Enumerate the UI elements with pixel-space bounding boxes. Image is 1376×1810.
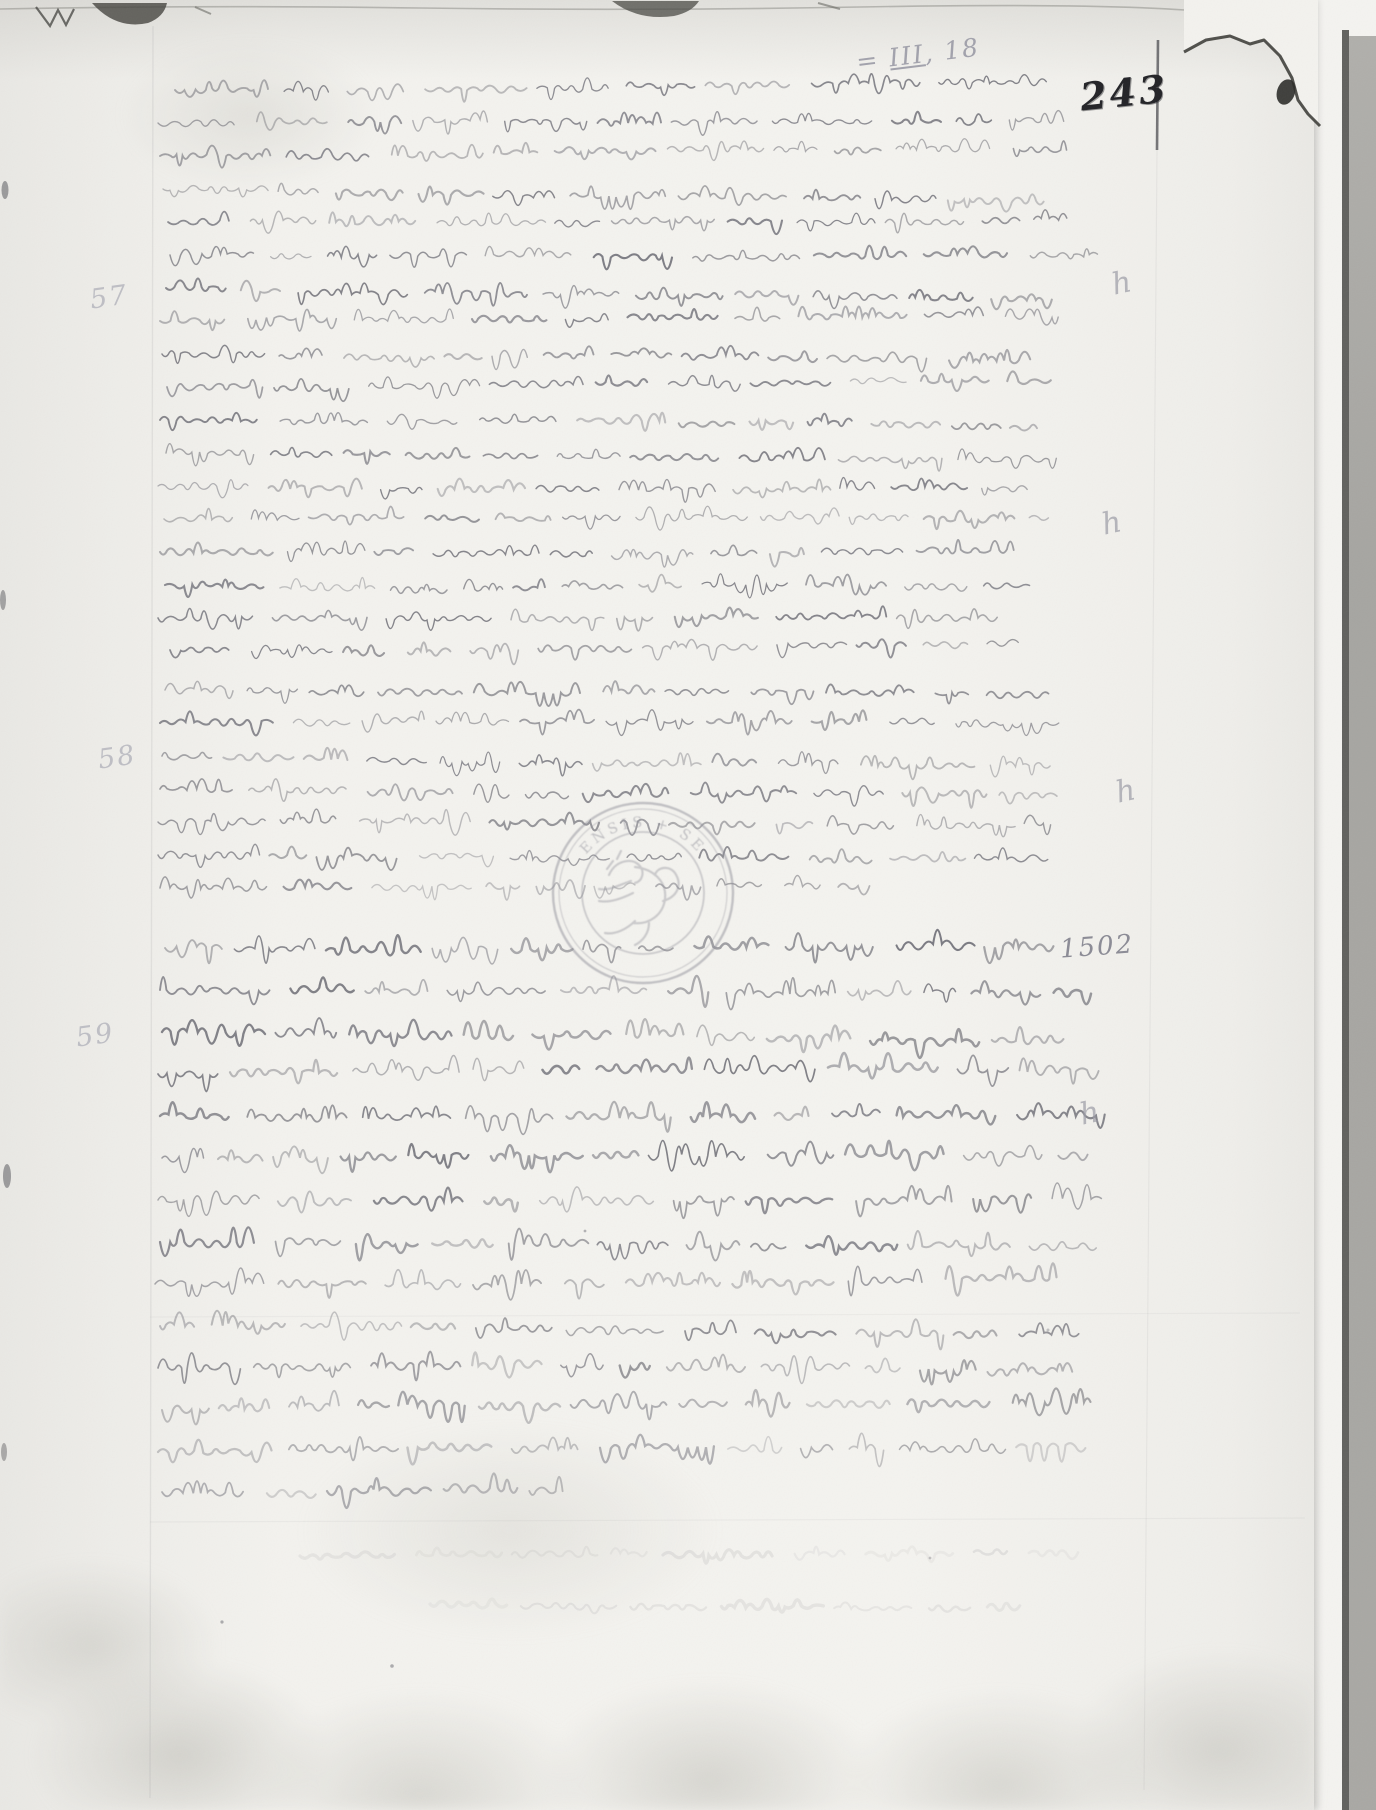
archival-reference-prefix: = xyxy=(855,45,881,77)
scanned-manuscript: ENSIS + SE 243 = III, 18 57 58 59 xyxy=(0,0,1376,1810)
horizontal-crease-lower xyxy=(150,1518,1305,1522)
seal-heraldic-beast xyxy=(599,851,679,945)
archival-reference-roman: III xyxy=(887,39,926,72)
year-annotation: 1502 xyxy=(1059,929,1135,964)
horizontal-crease-upper xyxy=(150,1313,1300,1317)
seal-stamp: ENSIS + SE xyxy=(553,803,733,983)
scan-artwork-layer: ENSIS + SE xyxy=(0,0,1376,1810)
vertical-fold-right xyxy=(1144,150,1157,1790)
page-number: 243 xyxy=(1078,66,1171,120)
left-edge-marks xyxy=(0,181,11,1461)
handwriting-layer xyxy=(155,74,1105,1614)
seal-rim-text: ENSIS + SE xyxy=(577,815,709,858)
entry-number-58: 58 xyxy=(96,739,138,775)
torn-top-edge xyxy=(0,1,1185,26)
vertical-fold-left xyxy=(150,26,153,1798)
ink-specks xyxy=(220,1230,1049,1668)
verso-show-through xyxy=(300,1547,1078,1614)
entry-number-57: 57 xyxy=(88,279,130,315)
manuscript-paragraph-1 xyxy=(158,74,1097,665)
entry-number-59: 59 xyxy=(74,1017,116,1053)
manuscript-paragraph-3 xyxy=(155,930,1105,1508)
torn-corner-top-right xyxy=(1184,0,1320,126)
